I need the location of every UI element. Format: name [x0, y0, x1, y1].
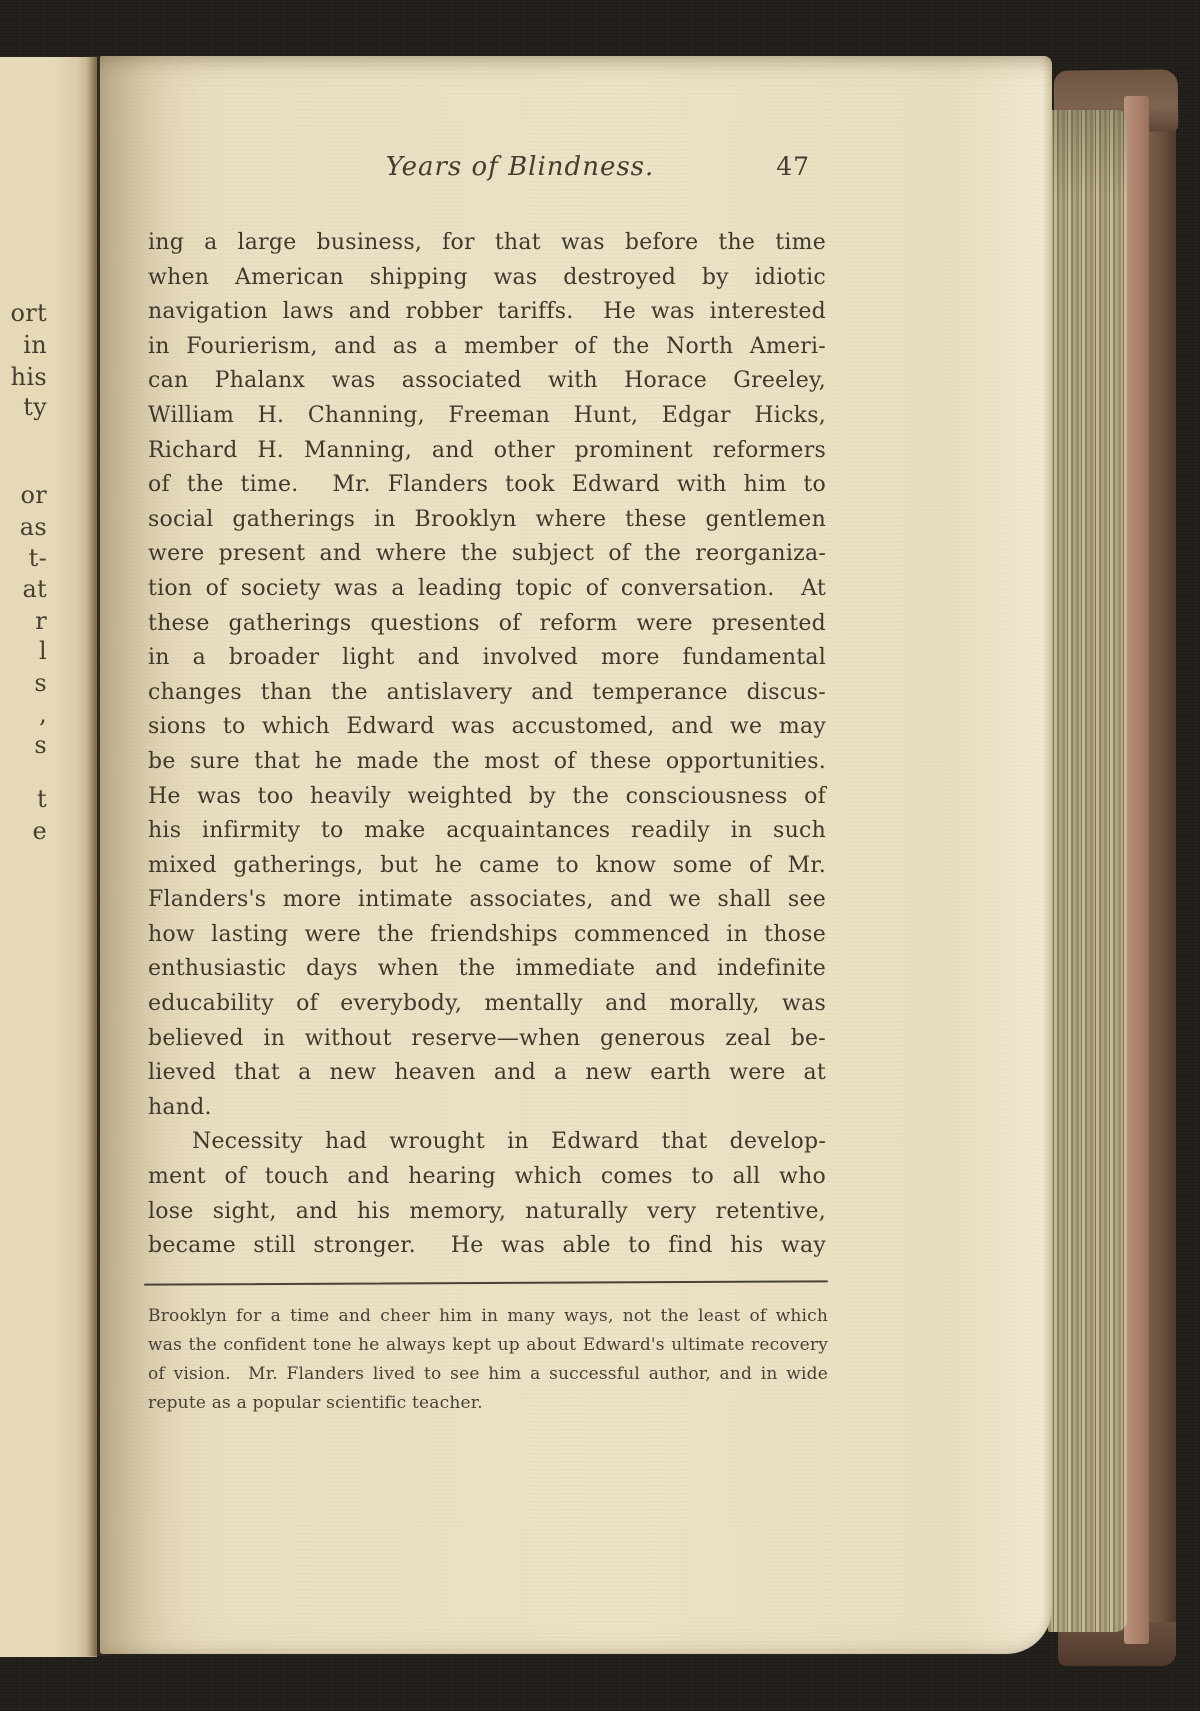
body-line: He was too heavily weighted by the consc… — [148, 780, 826, 815]
body-line: social gatherings in Brooklyn where thes… — [148, 503, 826, 538]
facing-page-text-fragment: t — [0, 785, 49, 813]
facing-page-text-fragment: , — [0, 700, 49, 728]
body-line: lieved that a new heaven and a new earth… — [148, 1056, 826, 1091]
body-line: believed in without reserve—when generou… — [148, 1022, 826, 1057]
body-line: of the time. Mr. Flanders took Edward wi… — [148, 468, 826, 503]
body-line: his infirmity to make acquaintances read… — [148, 814, 826, 849]
body-line: Flanders's more intimate associates, and… — [148, 883, 826, 918]
body-line: navigation laws and robber tariffs. He w… — [148, 295, 826, 330]
body-line: William H. Channing, Freeman Hunt, Edgar… — [148, 399, 826, 434]
body-line: Necessity had wrought in Edward that dev… — [148, 1125, 826, 1160]
body-text: ing a large business, for that was befor… — [148, 226, 826, 1264]
body-line: tion of society was a leading topic of c… — [148, 572, 826, 607]
body-line: were present and where the subject of th… — [148, 537, 826, 572]
page-header: Years of Blindness. 47 — [148, 152, 826, 192]
body-line: ment of touch and hearing which comes to… — [148, 1160, 826, 1195]
page-number: 47 — [776, 152, 810, 181]
facing-page-text-fragment: t- — [0, 544, 49, 572]
body-line: ing a large business, for that was befor… — [148, 226, 826, 261]
body-line: in a broader light and involved more fun… — [148, 641, 826, 676]
footnote-line: of vision. Mr. Flanders lived to see him… — [148, 1360, 828, 1389]
body-line: can Phalanx was associated with Horace G… — [148, 364, 826, 399]
facing-page-text-fragment: e — [0, 817, 49, 845]
facing-page-text-fragment: in — [0, 331, 49, 359]
footnote-line: was the confident tone he always kept up… — [148, 1331, 828, 1360]
photograph-of-open-book: ort in his ty or as t- at r l s , s t e … — [0, 0, 1200, 1711]
facing-page-text-fragment: l — [0, 637, 49, 665]
body-line: when American shipping was destroyed by … — [148, 261, 826, 296]
body-line: educability of everybody, mentally and m… — [148, 987, 826, 1022]
facing-page-text-fragment: at — [0, 575, 49, 603]
book-endpaper-edge — [1124, 96, 1149, 1644]
body-line: how lasting were the friendships commenc… — [148, 918, 826, 953]
footnote-line: repute as a popular scientific teacher. — [148, 1389, 828, 1418]
body-line: enthusiastic days when the immediate and… — [148, 952, 826, 987]
facing-page-text-fragment: ty — [0, 393, 49, 421]
body-line: in Fourierism, and as a member of the No… — [148, 330, 826, 365]
book-page: Years of Blindness. 47 ing a large busin… — [100, 56, 1052, 1654]
body-line: these gatherings questions of reform wer… — [148, 607, 826, 642]
body-line: lose sight, and his memory, naturally ve… — [148, 1195, 826, 1230]
facing-page-text-fragment: ort — [0, 299, 49, 327]
facing-page-text-fragment: s — [0, 669, 49, 697]
body-line: became still stronger. He was able to fi… — [148, 1229, 826, 1264]
body-line: Richard H. Manning, and other prominent … — [148, 434, 826, 469]
facing-page-text-fragment: his — [0, 363, 49, 391]
facing-page-text-fragment: as — [0, 513, 49, 541]
page-fore-edge-stack — [1048, 110, 1127, 1632]
body-line: sions to which Edward was accustomed, an… — [148, 710, 826, 745]
body-line: changes than the antislavery and tempera… — [148, 676, 826, 711]
body-line: mixed gatherings, but he came to know so… — [148, 849, 826, 884]
facing-page-text-fragment: r — [0, 607, 49, 635]
body-line: hand. — [148, 1091, 826, 1126]
facing-page-text-fragment: s — [0, 731, 49, 759]
footnote-separator-rule — [144, 1280, 828, 1285]
facing-page-sliver: ort in his ty or as t- at r l s , s t e — [0, 57, 97, 1657]
book-cover-edge — [1146, 74, 1176, 1666]
facing-page-text-fragment: or — [0, 481, 49, 509]
running-title: Years of Blindness. — [181, 152, 859, 182]
footnote-line: Brooklyn for a time and cheer him in man… — [148, 1302, 828, 1331]
footnote: Brooklyn for a time and cheer him in man… — [148, 1302, 828, 1418]
body-line: be sure that he made the most of these o… — [148, 745, 826, 780]
